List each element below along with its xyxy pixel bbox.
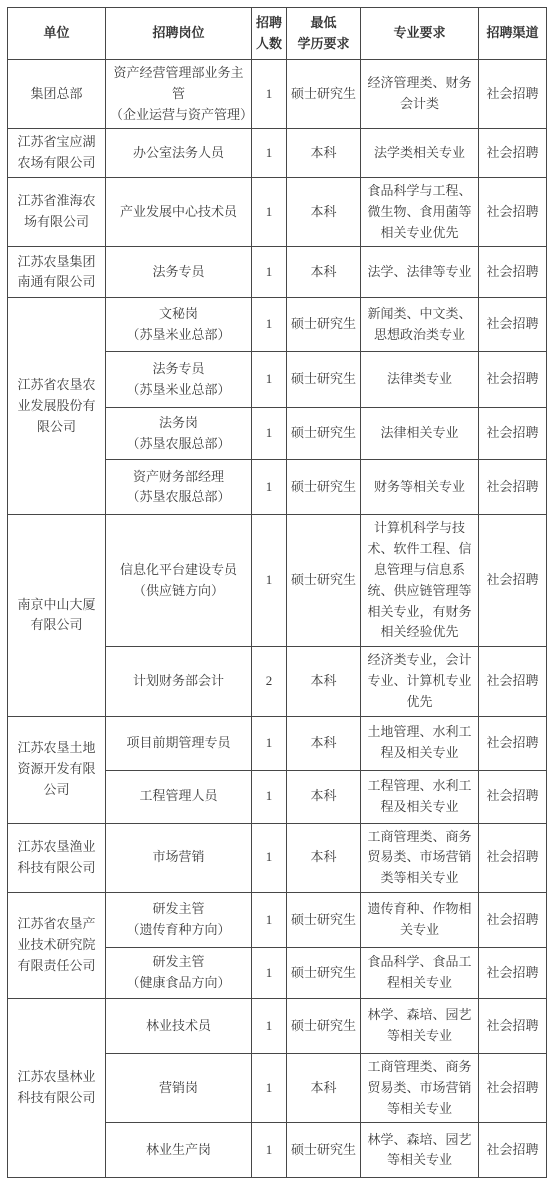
header-row: 单位 招聘岗位 招聘 人数 最低 学历要求 专业要求 招聘渠道: [8, 8, 547, 60]
count-cell: 1: [252, 408, 287, 460]
education-cell: 本科: [287, 1053, 361, 1122]
count-cell: 1: [252, 129, 287, 178]
channel-cell: 社会招聘: [479, 1053, 547, 1122]
channel-cell: 社会招聘: [479, 947, 547, 998]
unit-cell: 江苏农垦集团南通有限公司: [8, 247, 106, 298]
count-cell: 1: [252, 1053, 287, 1122]
position-cell: 计划财务部会计: [106, 647, 252, 716]
count-cell: 1: [252, 298, 287, 352]
education-cell: 本科: [287, 770, 361, 823]
major-cell: 法律相关专业: [361, 408, 479, 460]
channel-cell: 社会招聘: [479, 460, 547, 515]
position-cell: 资产财务部经理 （苏垦农服总部）: [106, 460, 252, 515]
channel-cell: 社会招聘: [479, 716, 547, 770]
count-cell: 1: [252, 823, 287, 892]
table-row: 集团总部 资产经营管理部业务主管 （企业运营与资产管理） 1 硕士研究生 经济管…: [8, 60, 547, 129]
channel-cell: 社会招聘: [479, 298, 547, 352]
major-cell: 林学、森培、园艺等相关专业: [361, 1123, 479, 1178]
header-channel: 招聘渠道: [479, 8, 547, 60]
count-cell: 1: [252, 60, 287, 129]
unit-cell: 江苏省宝应湖农场有限公司: [8, 129, 106, 178]
header-unit: 单位: [8, 8, 106, 60]
unit-cell: 南京中山大厦有限公司: [8, 515, 106, 716]
education-cell: 硕士研究生: [287, 515, 361, 647]
table-row: 南京中山大厦有限公司 信息化平台建设专员 （供应链方向） 1 硕士研究生 计算机…: [8, 515, 547, 647]
education-cell: 本科: [287, 647, 361, 716]
unit-cell: 江苏省农垦农业发展股份有限公司: [8, 298, 106, 515]
major-cell: 土地管理、水利工程及相关专业: [361, 716, 479, 770]
education-cell: 硕士研究生: [287, 298, 361, 352]
count-cell: 2: [252, 647, 287, 716]
count-cell: 1: [252, 770, 287, 823]
major-cell: 食品科学、食品工程相关专业: [361, 947, 479, 998]
table-row: 江苏省农垦产业技术研究院有限责任公司 研发主管 （遗传育种方向） 1 硕士研究生…: [8, 892, 547, 947]
count-cell: 1: [252, 892, 287, 947]
count-cell: 1: [252, 1123, 287, 1178]
channel-cell: 社会招聘: [479, 352, 547, 408]
count-cell: 1: [252, 947, 287, 998]
position-cell: 研发主管 （健康食品方向）: [106, 947, 252, 998]
education-cell: 硕士研究生: [287, 352, 361, 408]
table-row: 江苏农垦集团南通有限公司 法务专员 1 本科 法学、法律等专业 社会招聘: [8, 247, 547, 298]
major-cell: 法学、法律等专业: [361, 247, 479, 298]
position-cell: 项目前期管理专员: [106, 716, 252, 770]
channel-cell: 社会招聘: [479, 247, 547, 298]
table-row: 江苏农垦土地资源开发有限公司 项目前期管理专员 1 本科 土地管理、水利工程及相…: [8, 716, 547, 770]
channel-cell: 社会招聘: [479, 60, 547, 129]
education-cell: 本科: [287, 823, 361, 892]
table-row: 江苏农垦林业科技有限公司 林业技术员 1 硕士研究生 林学、森培、园艺等相关专业…: [8, 998, 547, 1053]
unit-cell: 江苏省农垦产业技术研究院有限责任公司: [8, 892, 106, 998]
table-row: 江苏农垦渔业科技有限公司 市场营销 1 本科 工商管理类、商务贸易类、市场营销类…: [8, 823, 547, 892]
channel-cell: 社会招聘: [479, 408, 547, 460]
major-cell: 工程管理、水利工程及相关专业: [361, 770, 479, 823]
position-cell: 研发主管 （遗传育种方向）: [106, 892, 252, 947]
unit-cell: 江苏农垦渔业科技有限公司: [8, 823, 106, 892]
major-cell: 计算机科学与技术、软件工程、信息管理与信息系统、供应链管理等相关专业，有财务相关…: [361, 515, 479, 647]
major-cell: 财务等相关专业: [361, 460, 479, 515]
education-cell: 硕士研究生: [287, 947, 361, 998]
position-cell: 法务专员 （苏垦米业总部）: [106, 352, 252, 408]
channel-cell: 社会招聘: [479, 823, 547, 892]
header-count: 招聘 人数: [252, 8, 287, 60]
count-cell: 1: [252, 352, 287, 408]
position-cell: 资产经营管理部业务主管 （企业运营与资产管理）: [106, 60, 252, 129]
unit-cell: 江苏农垦土地资源开发有限公司: [8, 716, 106, 823]
position-cell: 营销岗: [106, 1053, 252, 1122]
major-cell: 工商管理类、商务贸易类、市场营销类等相关专业: [361, 823, 479, 892]
position-cell: 林业生产岗: [106, 1123, 252, 1178]
channel-cell: 社会招聘: [479, 515, 547, 647]
count-cell: 1: [252, 716, 287, 770]
major-cell: 经济类专业，会计专业、计算机专业优先: [361, 647, 479, 716]
position-cell: 法务岗 （苏垦农服总部）: [106, 408, 252, 460]
education-cell: 本科: [287, 716, 361, 770]
major-cell: 新闻类、中文类、思想政治类专业: [361, 298, 479, 352]
education-cell: 硕士研究生: [287, 892, 361, 947]
position-cell: 工程管理人员: [106, 770, 252, 823]
major-cell: 工商管理类、商务贸易类、市场营销等相关专业: [361, 1053, 479, 1122]
recruitment-table-page: 单位 招聘岗位 招聘 人数 最低 学历要求 专业要求 招聘渠道 集团总部 资产经…: [0, 0, 554, 1075]
channel-cell: 社会招聘: [479, 177, 547, 246]
major-cell: 法律类专业: [361, 352, 479, 408]
channel-cell: 社会招聘: [479, 892, 547, 947]
header-major: 专业要求: [361, 8, 479, 60]
unit-cell: 江苏农垦林业科技有限公司: [8, 998, 106, 1177]
channel-cell: 社会招聘: [479, 1123, 547, 1178]
count-cell: 1: [252, 515, 287, 647]
education-cell: 硕士研究生: [287, 1123, 361, 1178]
position-cell: 产业发展中心技术员: [106, 177, 252, 246]
recruitment-table: 单位 招聘岗位 招聘 人数 最低 学历要求 专业要求 招聘渠道 集团总部 资产经…: [7, 7, 547, 1178]
count-cell: 1: [252, 247, 287, 298]
major-cell: 食品科学与工程、微生物、食用菌等相关专业优先: [361, 177, 479, 246]
table-row: 江苏省农垦农业发展股份有限公司 文秘岗 （苏垦米业总部） 1 硕士研究生 新闻类…: [8, 298, 547, 352]
channel-cell: 社会招聘: [479, 129, 547, 178]
education-cell: 硕士研究生: [287, 998, 361, 1053]
channel-cell: 社会招聘: [479, 770, 547, 823]
count-cell: 1: [252, 998, 287, 1053]
channel-cell: 社会招聘: [479, 647, 547, 716]
position-cell: 文秘岗 （苏垦米业总部）: [106, 298, 252, 352]
education-cell: 本科: [287, 177, 361, 246]
table-row: 江苏省宝应湖农场有限公司 办公室法务人员 1 本科 法学类相关专业 社会招聘: [8, 129, 547, 178]
education-cell: 硕士研究生: [287, 408, 361, 460]
position-cell: 信息化平台建设专员 （供应链方向）: [106, 515, 252, 647]
count-cell: 1: [252, 460, 287, 515]
position-cell: 市场营销: [106, 823, 252, 892]
channel-cell: 社会招聘: [479, 998, 547, 1053]
unit-cell: 集团总部: [8, 60, 106, 129]
header-position: 招聘岗位: [106, 8, 252, 60]
major-cell: 法学类相关专业: [361, 129, 479, 178]
education-cell: 本科: [287, 247, 361, 298]
position-cell: 办公室法务人员: [106, 129, 252, 178]
education-cell: 本科: [287, 129, 361, 178]
position-cell: 法务专员: [106, 247, 252, 298]
major-cell: 经济管理类、财务会计类: [361, 60, 479, 129]
education-cell: 硕士研究生: [287, 460, 361, 515]
table-row: 江苏省淮海农场有限公司 产业发展中心技术员 1 本科 食品科学与工程、微生物、食…: [8, 177, 547, 246]
major-cell: 遗传育种、作物相关专业: [361, 892, 479, 947]
major-cell: 林学、森培、园艺等相关专业: [361, 998, 479, 1053]
unit-cell: 江苏省淮海农场有限公司: [8, 177, 106, 246]
position-cell: 林业技术员: [106, 998, 252, 1053]
education-cell: 硕士研究生: [287, 60, 361, 129]
count-cell: 1: [252, 177, 287, 246]
header-education: 最低 学历要求: [287, 8, 361, 60]
